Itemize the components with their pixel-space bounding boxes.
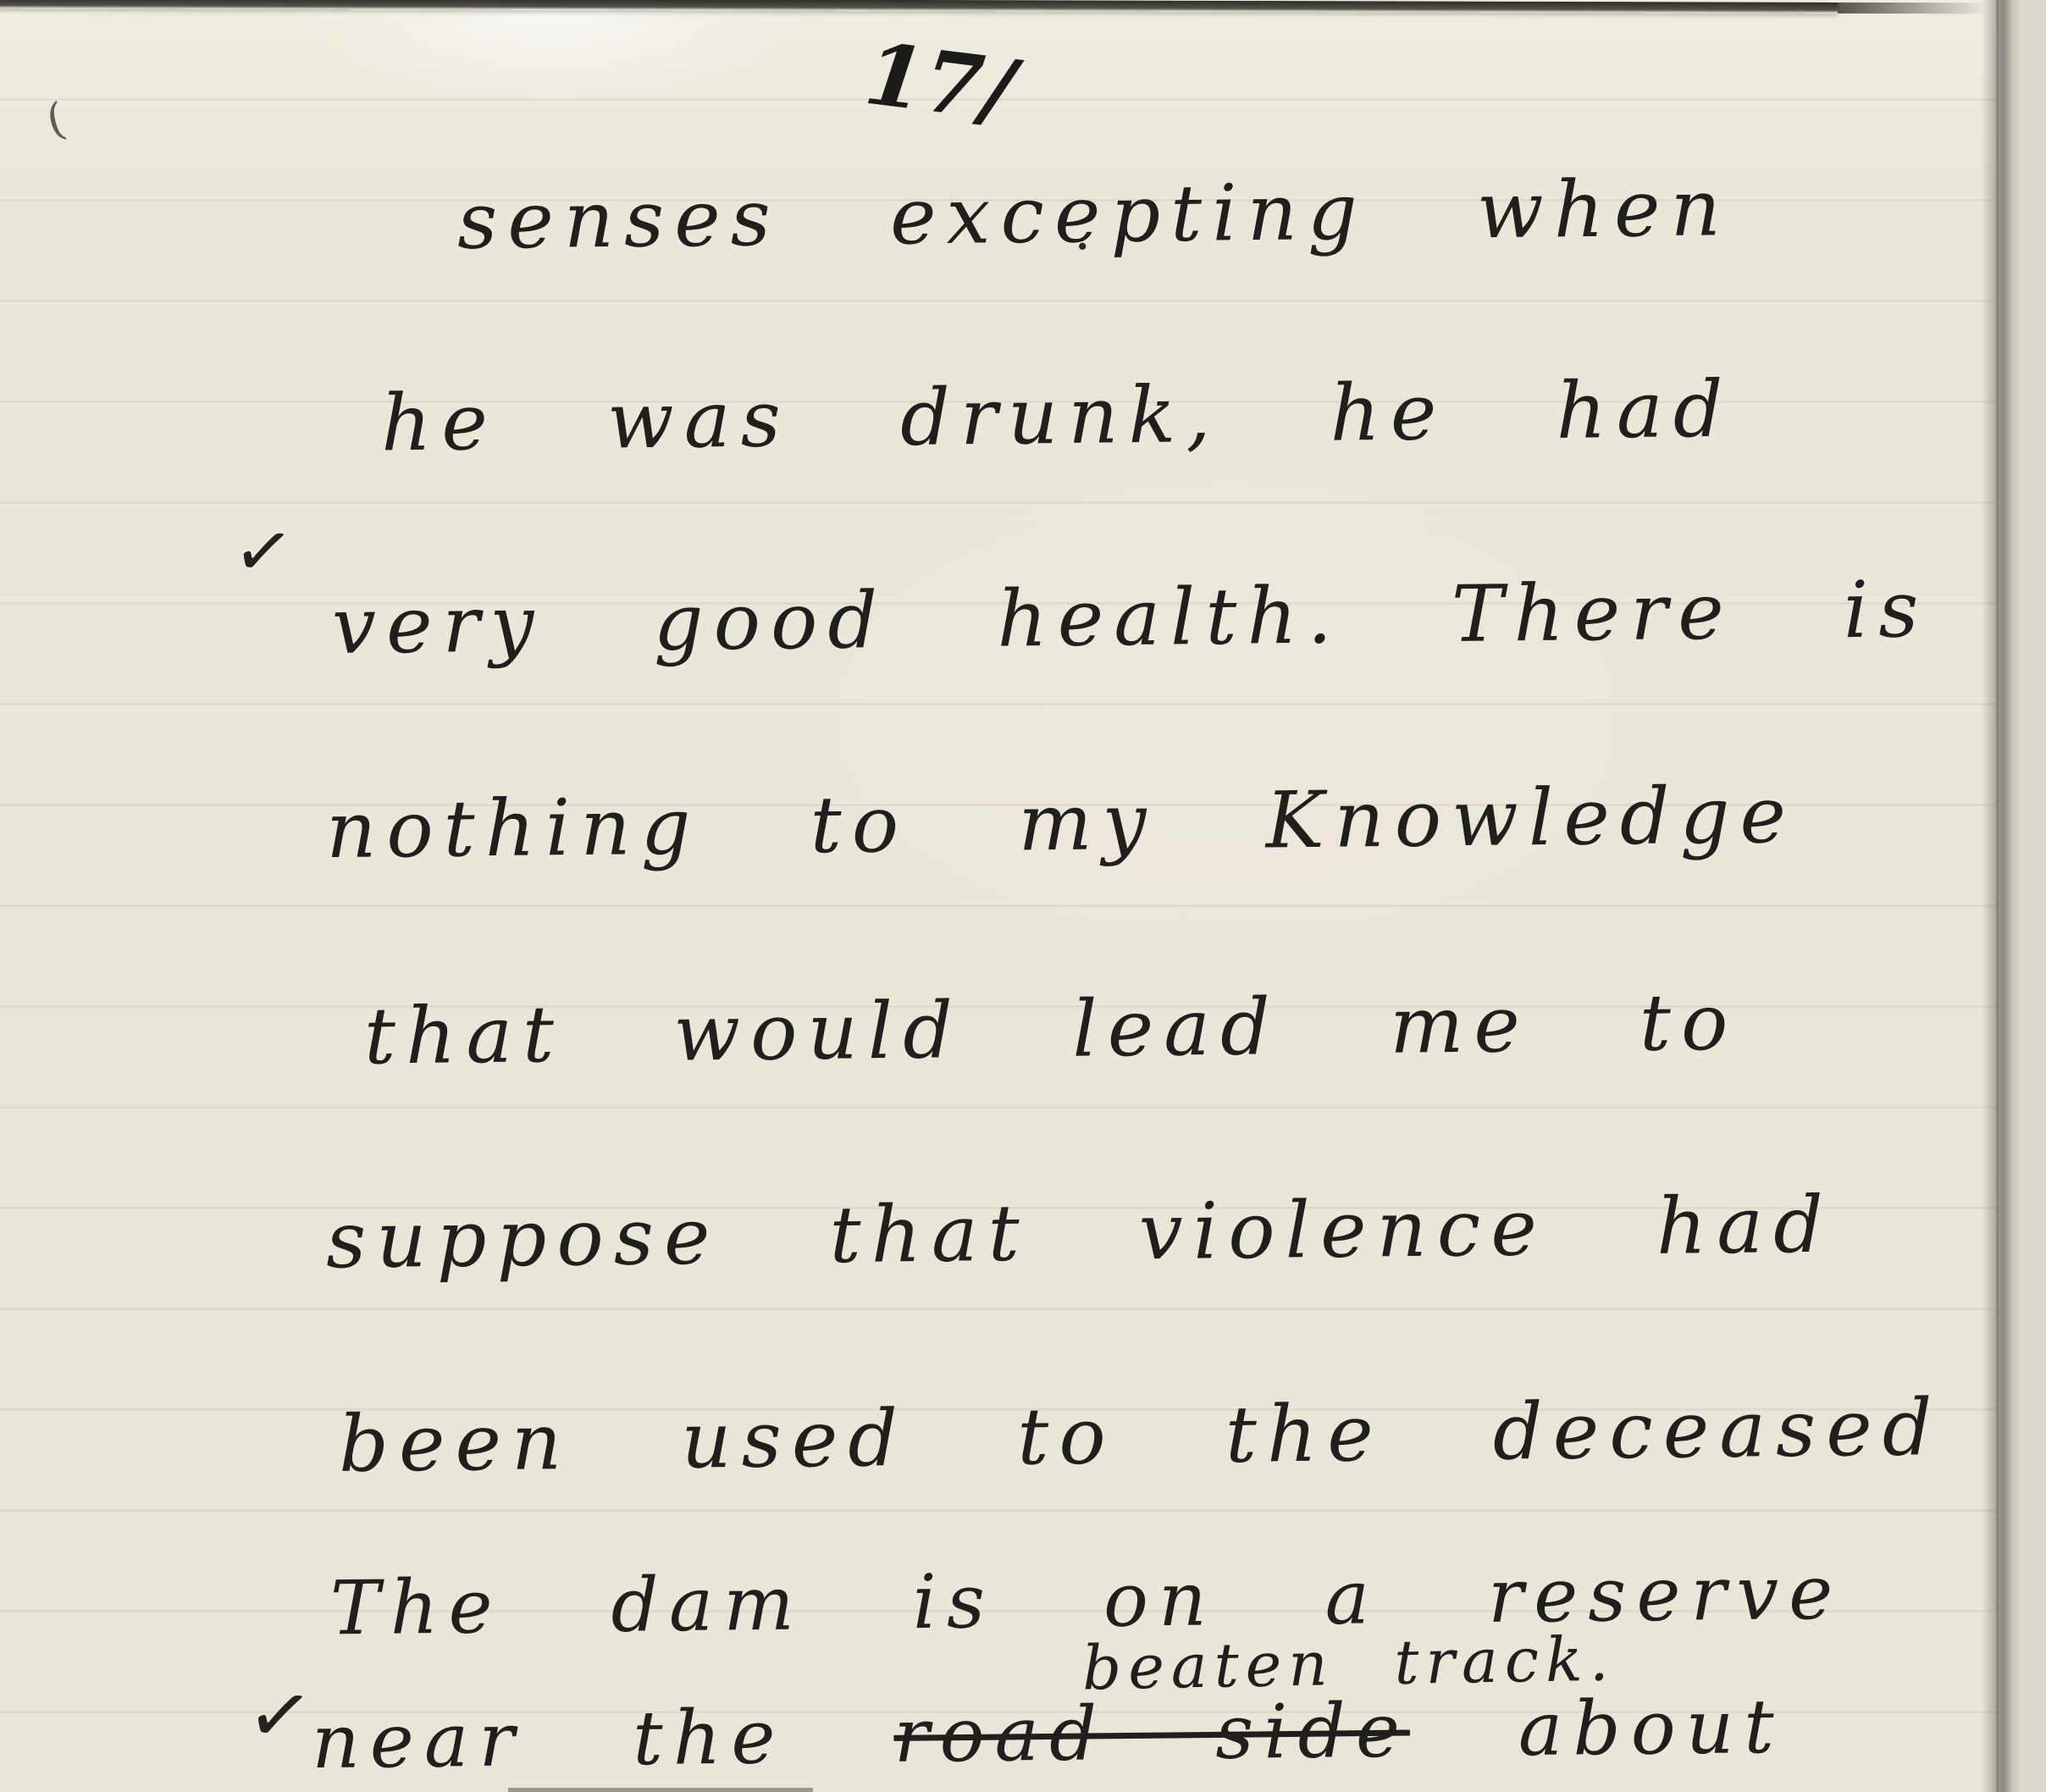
handwritten-line-2: he was drunk, he had: [380, 364, 1734, 469]
handwritten-line-7: been used to the deceased: [338, 1382, 1943, 1490]
scan-bottom-edge: [508, 1788, 813, 1792]
manuscript-page: 17/ . ( senses excepting when he was dru…: [0, 0, 2046, 1792]
handwritten-line-1: senses excepting when: [456, 163, 1731, 267]
last-line-struck-text: road side: [893, 1687, 1411, 1779]
last-line-prefix: near the: [312, 1692, 894, 1785]
stray-ink-mark: (: [41, 93, 70, 147]
last-line-suffix: about: [1409, 1683, 1784, 1774]
faint-ruled-lines: [0, 0, 2046, 1792]
page-edge-shadow: [1982, 0, 2021, 1792]
handwritten-line-9: near the road side about: [312, 1683, 1785, 1785]
handwritten-line-5: that would lead me to: [363, 977, 1738, 1082]
handwritten-line-4: nothing to my Knowledge: [325, 770, 1796, 876]
page-edge-line: [1996, 0, 1999, 1792]
margin-check-mark-1: ✓: [229, 506, 299, 597]
handwritten-line-3: very good health. There is: [331, 564, 1929, 672]
margin-check-mark-2: ✓: [241, 1666, 318, 1765]
scan-top-edge: [0, 0, 1838, 14]
handwritten-line-6: suppose that violence had: [325, 1180, 1833, 1286]
page-number: 17/: [860, 24, 1020, 141]
